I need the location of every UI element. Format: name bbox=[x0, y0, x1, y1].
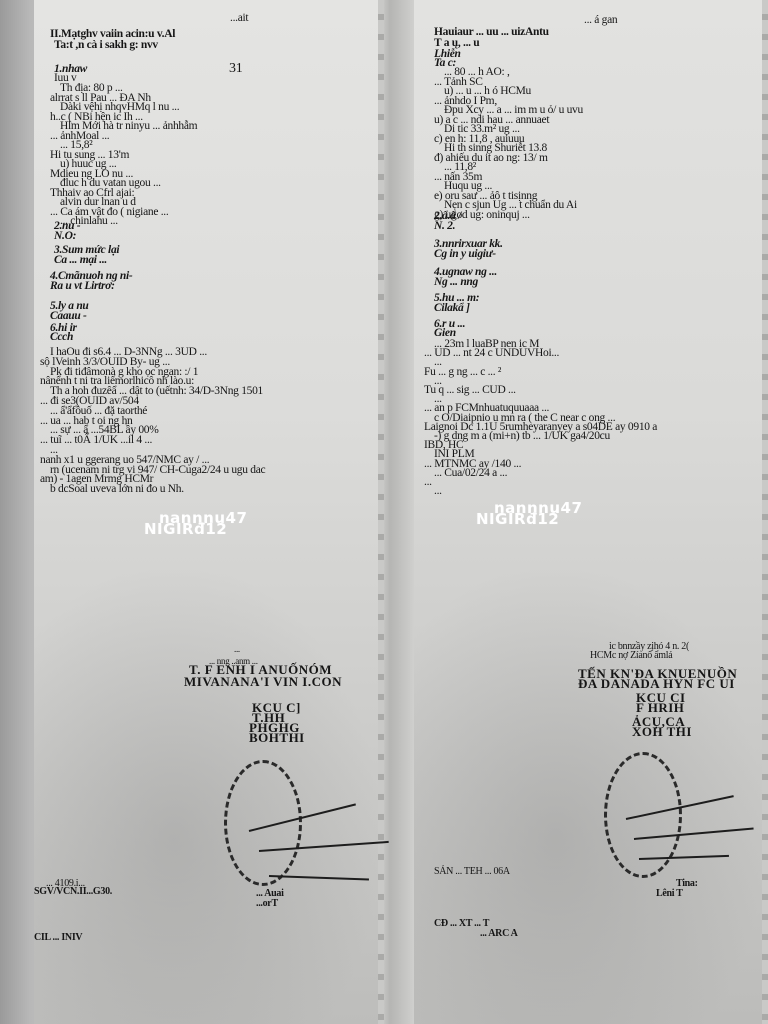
page-edge bbox=[378, 0, 384, 1024]
shadow bbox=[414, 560, 768, 1024]
footer-line: SGV/VCN.II...G30. bbox=[34, 886, 112, 898]
header-line: ...ait bbox=[230, 12, 248, 24]
page-edge bbox=[762, 0, 768, 1024]
section-subtitle: Ca ... mại ... bbox=[54, 254, 107, 266]
footer-line: SẢN ... TEH ... 06A bbox=[434, 866, 510, 878]
official-stamp-icon bbox=[224, 760, 302, 886]
signer-role: BOHTHI bbox=[249, 732, 305, 744]
date-line: HCMc nợ Zíanổ ẩmlả bbox=[590, 650, 672, 662]
header-line: ... á gan bbox=[584, 14, 617, 26]
signer-name: ...orT bbox=[256, 898, 278, 910]
left-page: ...ait II.Mạtghv vaiin acin:u v.Al Ta:t … bbox=[34, 0, 384, 1024]
watermark: NIGIRđ12 bbox=[476, 510, 559, 528]
text-line: ... bbox=[424, 476, 432, 488]
date-line: ... bbox=[234, 643, 240, 655]
text-line: b dcSoal uveva lớn ni đo u Nh. bbox=[50, 483, 184, 495]
section-subtitle: Cilakẩ ] bbox=[434, 302, 470, 314]
section-subtitle: Caauu - bbox=[50, 310, 87, 322]
header-line: Ta:t ,n cà i sakh g: nvv bbox=[54, 39, 158, 51]
shadow bbox=[34, 560, 384, 1024]
section-subtitle: N.O: bbox=[54, 230, 76, 242]
signer-role: F HRIH bbox=[636, 702, 684, 714]
section-subtitle: Ra u vt Lirtrơ: bbox=[50, 280, 115, 292]
signer-name: Lêni T bbox=[656, 888, 683, 900]
footer-line: CIL ... INIV bbox=[34, 932, 82, 944]
text-line: ... bbox=[434, 485, 442, 497]
signer-role: XOH THI bbox=[632, 726, 692, 738]
text-line: ... UD ... nt 24 c UNDUVHoi... bbox=[424, 347, 559, 359]
right-page: ... á gan Hauiaur ... uu ... uizAntu T a… bbox=[414, 0, 768, 1024]
text-line: ... Cua/02/24 a ... bbox=[434, 467, 507, 479]
watermark: NIGIRđ12 bbox=[144, 520, 227, 538]
section-subtitle: Ng ... nng bbox=[434, 276, 478, 288]
section-subtitle: Cg in y uigiư- bbox=[434, 248, 496, 260]
footer-line: ... ARC A bbox=[480, 928, 518, 940]
section-subtitle: N. 2. bbox=[434, 220, 455, 232]
authority-name: MIVANANA'I VIN I.CON bbox=[184, 676, 342, 688]
authority-name: ĐA DANADA HYN FC UI bbox=[578, 678, 735, 690]
number-label: 31 bbox=[229, 63, 242, 75]
section-subtitle: Ccch bbox=[50, 331, 73, 343]
